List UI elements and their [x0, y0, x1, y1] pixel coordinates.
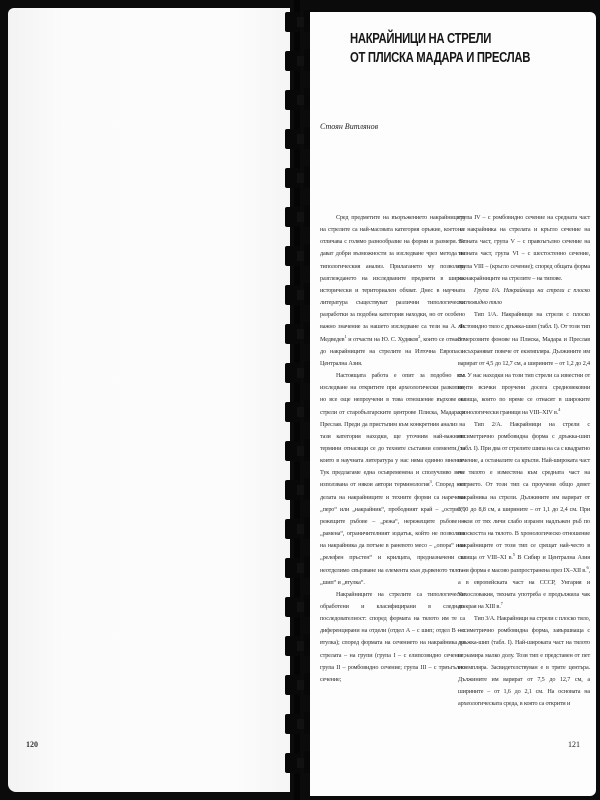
text-column-2: група IV – с ромбовидно сечение на средн… [458, 212, 590, 710]
title-line-2: ОТ ПЛИСКА МАДАРА И ПРЕСЛАВ [350, 50, 530, 66]
show-through-text [160, 74, 280, 634]
paragraph: Сред предметите на въоръжението накрайни… [320, 212, 465, 370]
paragraph: Накрайниците на стрелите са типологическ… [320, 589, 465, 686]
article-title: НАКРАЙНИЦИ НА СТРЕЛИ ОТ ПЛИСКА МАДАРА И … [350, 30, 600, 68]
section-heading: Група I/A. Накрайници на стрели с плоско… [458, 285, 590, 309]
paragraph: Тип 3/A. Накрайници на стрели с плоско т… [458, 613, 590, 710]
paragraph: група IV – с ромбовидно сечение на средн… [458, 212, 590, 285]
page-number-left: 120 [26, 740, 38, 749]
paragraph: Настоящата работа е опит за подобно въз … [320, 370, 465, 589]
paragraph: Тип 2/A. Накрайници на стрели с несиметр… [458, 419, 590, 614]
paragraph: Тип 1/A. Накрайници на стрели с плоско л… [458, 309, 590, 418]
page-number-right: 121 [568, 740, 580, 749]
left-page: 120 [8, 8, 290, 792]
title-line-1: НАКРАЙНИЦИ НА СТРЕЛИ [350, 31, 491, 47]
author: Стоян Витлянов [320, 122, 378, 131]
right-page: НАКРАЙНИЦИ НА СТРЕЛИ ОТ ПЛИСКА МАДАРА И … [310, 12, 596, 796]
text-column-1: Сред предметите на въоръжението накрайни… [320, 212, 465, 686]
show-through-text [32, 74, 152, 634]
